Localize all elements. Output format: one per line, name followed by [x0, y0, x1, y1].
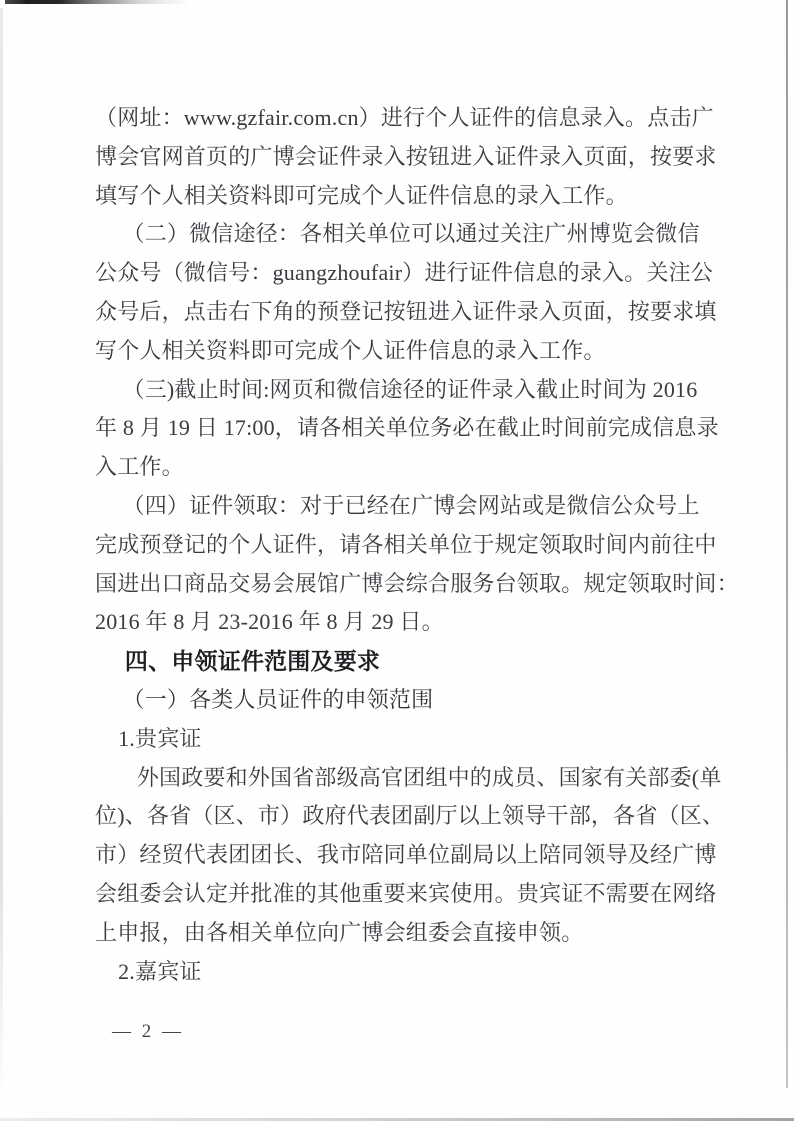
text-line: （四）证件领取：对于已经在广博会网站或是微信公众号上	[95, 487, 720, 526]
text-line: 博会官网首页的广博会证件录入按钮进入证件录入页面，按要求	[95, 138, 720, 177]
text-line: 写个人相关资料即可完成个人证件信息的录入工作。	[95, 332, 720, 371]
list-item-guest-badge: 2.嘉宾证	[95, 953, 720, 992]
text-line: 位)、各省（区、市）政府代表团副厅以上领导干部，各省（区、	[95, 797, 720, 836]
text-line: 填写个人相关资料即可完成个人证件信息的录入工作。	[95, 177, 720, 216]
list-item-vip-badge: 1.贵宾证	[95, 720, 720, 759]
text-line: 市）经贸代表团团长、我市陪同单位副局以上陪同领导及经广博	[95, 836, 720, 875]
text-line: （三)截止时间:网页和微信途径的证件录入截止时间为 2016	[95, 371, 720, 410]
text-line: 公众号（微信号：guangzhoufair）进行证件信息的录入。关注公	[95, 254, 720, 293]
document-body: （网址：www.gzfair.com.cn）进行个人证件的信息录入。点击广 博会…	[95, 99, 720, 991]
text-line: 外国政要和外国省部级高官团组中的成员、国家有关部委(单	[95, 759, 720, 798]
text-line: 完成预登记的个人证件，请各相关单位于规定领取时间内前往中	[95, 526, 720, 565]
text-line: 上申报，由各相关单位向广博会组委会直接申领。	[95, 914, 720, 953]
text-line: 年 8 月 19 日 17:00，请各相关单位务必在截止时间前完成信息录	[95, 409, 720, 448]
text-line: 众号后，点击右下角的预登记按钮进入证件录入页面，按要求填	[95, 293, 720, 332]
text-line: 国进出口商品交易会展馆广博会综合服务台领取。规定领取时间：	[95, 565, 720, 604]
scan-edge-left-artifact	[0, 8, 3, 1100]
scanned-document-page: （网址：www.gzfair.com.cn）进行个人证件的信息录入。点击广 博会…	[0, 0, 794, 1122]
text-line: 2016 年 8 月 23-2016 年 8 月 29 日。	[95, 603, 720, 642]
scan-edge-bottom-artifact	[0, 1118, 794, 1121]
text-line: （网址：www.gzfair.com.cn）进行个人证件的信息录入。点击广	[95, 99, 720, 138]
scan-edge-right-artifact	[786, 0, 788, 1088]
subsection-heading: （一）各类人员证件的申领范围	[95, 681, 720, 720]
page-number: — 2 —	[112, 1021, 184, 1043]
text-line: （二）微信途径：各相关单位可以通过关注广州博览会微信	[95, 215, 720, 254]
section-heading: 四、申领证件范围及要求	[95, 642, 720, 681]
text-line: 入工作。	[95, 448, 720, 487]
text-line: 会组委会认定并批准的其他重要来宾使用。贵宾证不需要在网络	[95, 875, 720, 914]
scan-edge-top-artifact	[5, 0, 190, 4]
